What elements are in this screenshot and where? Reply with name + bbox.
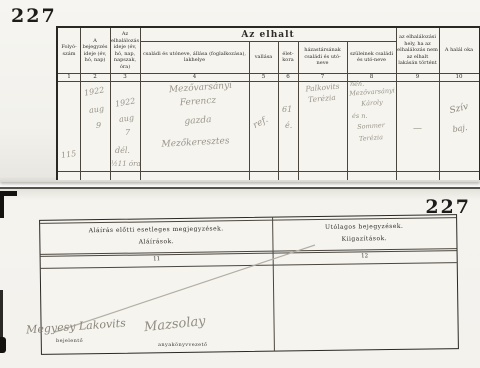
record-age-unit: é. <box>285 121 292 130</box>
col12-number: 12 <box>273 252 457 261</box>
column-header-hazastarsa: házastársának családi és utó-neve <box>298 41 347 73</box>
record-deceased-occupation: gazda <box>163 114 234 129</box>
col11-subtitle: Aláírások. <box>40 237 272 247</box>
record-death-cause-line: baj. <box>444 122 477 135</box>
death-register-table: Az elhalt Folyó-szám A bejegyzés ideje (… <box>56 26 480 180</box>
column-header-neve-allasa-lakhelye: családi és utóneve, állása (foglalkozása… <box>140 41 249 73</box>
page-number-left: 227 <box>11 5 57 27</box>
gridline <box>41 262 457 269</box>
column-number: 10 <box>439 73 479 81</box>
register-page-left: 227 Az elhalt Folyó-szám A bejegyzés ide… <box>0 0 480 182</box>
column-header-bejegyzes-ideje: A bejegyzés ideje (év, hó, nap) <box>80 28 110 73</box>
record-deceased-givenname: Ferencz <box>158 94 239 110</box>
record-religion: ref. <box>252 115 270 131</box>
record-entry-month: aug <box>88 104 104 115</box>
column-header-vallasa: vallása <box>249 41 278 73</box>
scanned-register-document: 227 Az elhalt Folyó-szám A bejegyzés ide… <box>0 0 480 368</box>
signature-registrar-label: anyakönyvvezető <box>158 342 207 348</box>
record-death-cause-line: Szív <box>442 100 475 117</box>
column-number: 3 <box>110 73 140 81</box>
record-death-place-dash: — <box>396 124 439 134</box>
record-parents-line: és n. <box>352 112 368 120</box>
column-header-elhalalozas-ideje: Az elhalálozás ideje (év, hó, nap, napsz… <box>110 28 140 73</box>
record-death-daypart: dél. <box>115 146 130 155</box>
signature-reporter-label: bejelentő <box>56 338 83 344</box>
record-age-number: 61 <box>282 105 292 114</box>
record-deceased-residence: Mezőkeresztes <box>148 136 243 151</box>
record-parents-line: néh. <box>350 80 364 88</box>
record-spouse-givenname: Terézia <box>302 92 343 104</box>
register-page-right: 227 Aláírás előtti esetleges megjegyzése… <box>0 187 480 368</box>
column-header-folyoszam: Folyó-szám <box>58 28 80 73</box>
remarks-box: Aláírás előtti esetleges megjegyzések. A… <box>39 214 459 355</box>
col11-title: Aláírás előtti esetleges megjegyzések. <box>40 225 272 235</box>
record-parents-line: Károly <box>354 98 390 108</box>
column-header-halal-oka: A halál oka <box>439 28 479 73</box>
record-parents-line: Mezővarsányi <box>349 86 395 97</box>
group-header-az-elhalt: Az elhalt <box>140 28 396 41</box>
record-parents-line: Sommer <box>351 121 391 132</box>
column-number: 2 <box>80 73 110 81</box>
scan-corner-mark <box>0 191 4 218</box>
gridline <box>58 81 479 82</box>
record-entry-day: 9 <box>96 121 101 130</box>
col12-subtitle: Kiigazítások. <box>272 234 456 244</box>
record-death-month: aug <box>118 113 134 124</box>
record-death-year: 1922 <box>114 96 136 108</box>
scan-edge-streak <box>0 337 6 353</box>
column-number: 9 <box>396 73 439 81</box>
record-serial-number: 115 <box>60 149 76 160</box>
column-header-eletkora: élet-kora <box>278 41 298 73</box>
record-death-day: 7 <box>125 128 130 137</box>
column-header-szulei: szüleinek családi és utó-neve <box>347 41 396 73</box>
gridline <box>58 171 479 172</box>
record-parents-line: Terézia <box>351 133 391 144</box>
column-number: 1 <box>58 73 80 81</box>
column-number: 6 <box>278 73 298 81</box>
column-number: 7 <box>298 73 347 81</box>
record-death-hour: ½11 óra <box>111 160 141 168</box>
column-number: 5 <box>249 73 278 81</box>
col12-title: Utólagos bejegyzések. <box>272 222 456 232</box>
column-header-elhalalozasi-hely: az elhalálozási hely, ha az elhalálozás … <box>396 28 439 73</box>
record-entry-year: 1922 <box>83 85 105 97</box>
